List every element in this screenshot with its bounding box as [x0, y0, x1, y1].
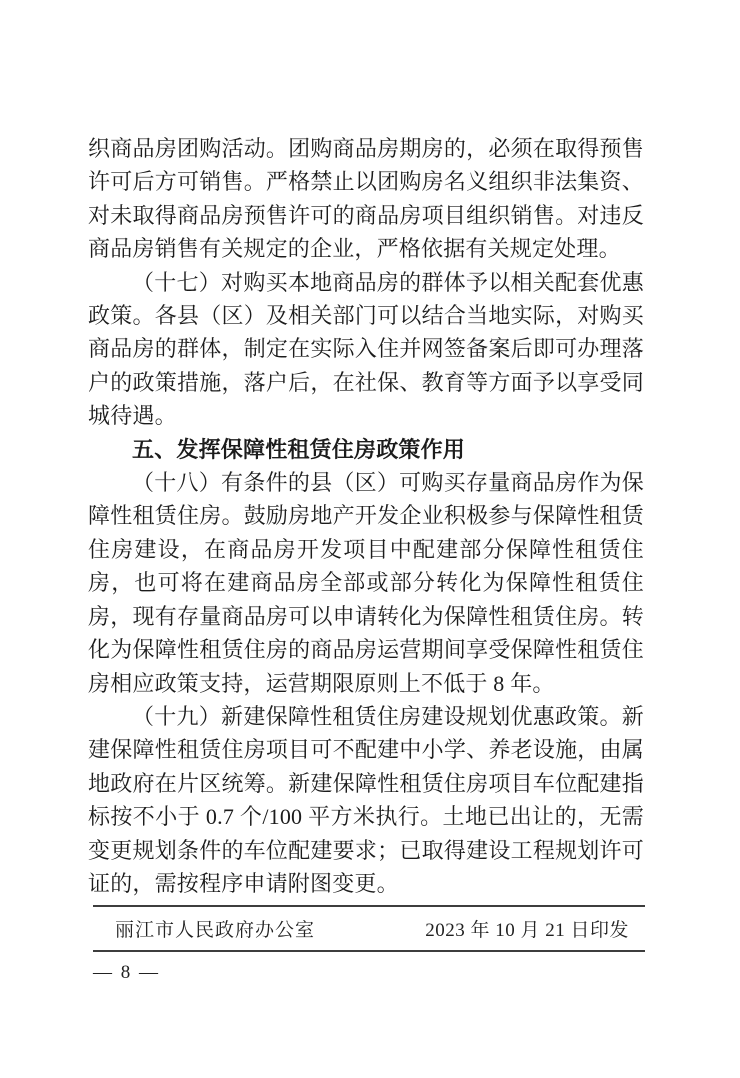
document-body: 织商品房团购活动。团购商品房期房的，必须在取得预售许可后方可销售。严格禁止以团购…	[88, 132, 644, 900]
colophon-row: 丽江市人民政府办公室 2023 年 10 月 21 日印发	[93, 907, 645, 950]
print-date-label: 2023 年 10 月 21 日印发	[425, 915, 629, 942]
paragraph-item-17: （十七）对购买本地商品房的群体予以相关配套优惠政策。各县（区）及相关部门可以结合…	[88, 266, 644, 433]
document-page: 织商品房团购活动。团购商品房期房的，必须在取得预售许可后方可销售。严格禁止以团购…	[0, 0, 740, 1078]
section-heading-5: 五、发挥保障性租赁住房政策作用	[88, 433, 644, 466]
issuing-office-label: 丽江市人民政府办公室	[115, 915, 315, 942]
paragraph-item-19: （十九）新建保障性租赁住房建设规划优惠政策。新建保障性租赁住房项目可不配建中小学…	[88, 700, 644, 900]
paragraph-item-18: （十八）有条件的县（区）可购买存量商品房作为保障性租赁住房。鼓励房地产开发企业积…	[88, 466, 644, 700]
paragraph-continuation: 织商品房团购活动。团购商品房期房的，必须在取得预售许可后方可销售。严格禁止以团购…	[88, 132, 644, 266]
page-number: — 8 —	[93, 962, 160, 984]
document-colophon: 丽江市人民政府办公室 2023 年 10 月 21 日印发	[93, 905, 645, 952]
colophon-bottom-rule	[93, 950, 645, 952]
